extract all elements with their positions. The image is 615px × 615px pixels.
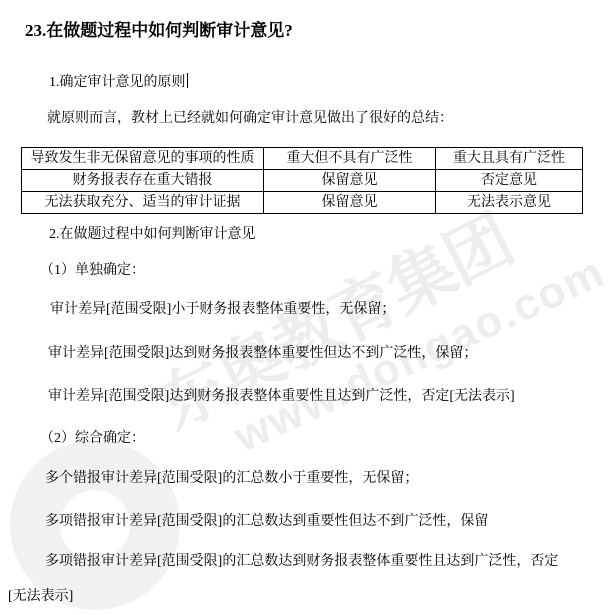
section2-heading: 2.在做题过程中如何判断审计意见 [49, 226, 256, 243]
paragraph: 多项错报审计差异[范围受限]的汇总数达到重要性但达不到广泛性，保留 [45, 513, 488, 530]
section1-intro: 就原则而言，教材上已经就如何确定审计意见做出了很好的总结： [47, 110, 453, 127]
table-row: 无法获取充分、适当的审计证据 保留意见 无法表示意见 [22, 192, 583, 214]
table-cell: 否定意见 [436, 170, 583, 192]
paragraph: 审计差异[范围受限]达到财务报表整体重要性且达到广泛性，否定[无法表示] [48, 388, 515, 405]
paragraph: 审计差异[范围受限]小于财务报表整体重要性，无保留； [50, 301, 395, 318]
table-row: 财务报表存在重大错报 保留意见 否定意见 [22, 170, 583, 192]
table-cell: 无法获取充分、适当的审计证据 [22, 192, 264, 214]
paragraph-line-1: 多项错报审计差异[范围受限]的汇总数达到财务报表整体重要性且达到广泛性，否定 [45, 553, 558, 570]
document-page: 东奥教育集团 www.dongao.com 23.在做题过程中如何判断审计意见?… [0, 0, 615, 615]
table-header-cell: 导致发生非无保留意见的事项的性质 [22, 148, 264, 170]
table-cell: 保留意见 [264, 170, 436, 192]
paragraph: 审计差异[范围受限]达到财务报表整体重要性但达不到广泛性，保留； [48, 345, 477, 362]
paragraph-line-2: [无法表示] [8, 588, 73, 605]
text-cursor [187, 73, 189, 88]
table-header-cell: 重大但不具有广泛性 [264, 148, 436, 170]
table-cell: 无法表示意见 [436, 192, 583, 214]
page-title: 23.在做题过程中如何判断审计意见? [25, 22, 293, 39]
table-header-row: 导致发生非无保留意见的事项的性质 重大但不具有广泛性 重大且具有广泛性 [22, 148, 583, 170]
sub2-heading: （2）综合确定： [40, 430, 145, 447]
table-cell: 保留意见 [264, 192, 436, 214]
section1-heading: 1.确定审计意见的原则 [49, 73, 188, 91]
sub1-heading: （1）单独确定： [40, 262, 145, 279]
section1-heading-text: 1.确定审计意见的原则 [49, 75, 186, 90]
table-cell: 财务报表存在重大错报 [22, 170, 264, 192]
audit-opinion-table: 导致发生非无保留意见的事项的性质 重大但不具有广泛性 重大且具有广泛性 财务报表… [21, 147, 583, 214]
paragraph: 多个错报审计差异[范围受限]的汇总数小于重要性，无保留； [45, 470, 418, 487]
table-header-cell: 重大且具有广泛性 [436, 148, 583, 170]
